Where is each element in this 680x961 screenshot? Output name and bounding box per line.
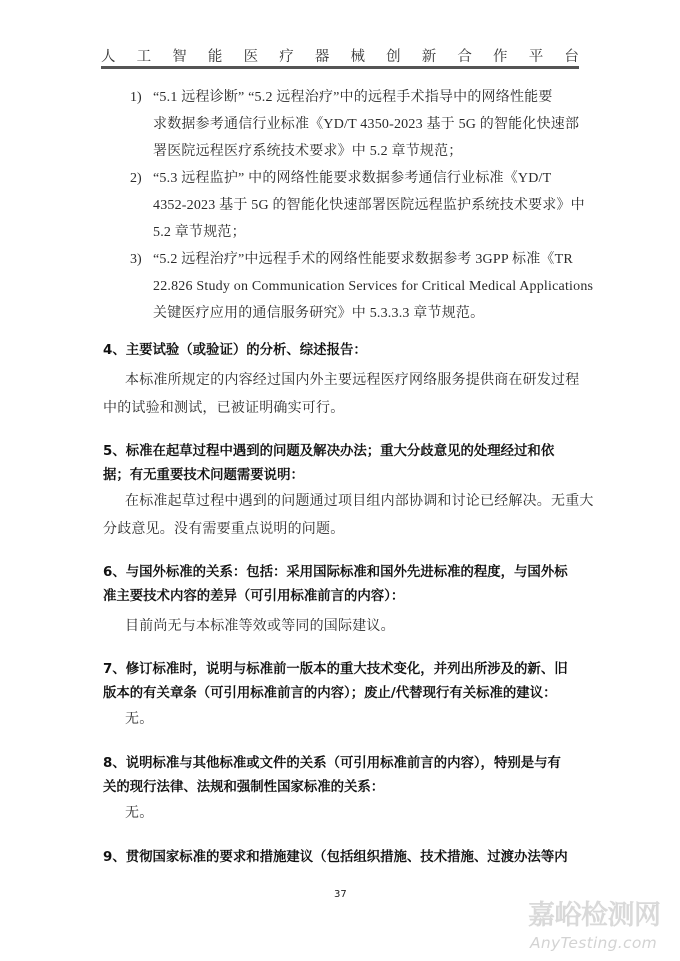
section-heading: 准主要技术内容的差异（可引用标准前言的内容）： [103,587,404,607]
header-char: 合 [457,48,472,66]
list-item-line: 22.826 Study on Communication Services f… [153,277,593,297]
header-char: 人 [101,48,116,66]
section-body: 本标准所规定的内容经过国内外主要远程医疗网络服务提供商在研发过程 [125,371,579,391]
list-item-line: “5.1 远程诊断” “5.2 远程治疗”中的远程手术指导中的网络性能要 [153,88,553,108]
list-item-number: 3) [130,250,142,270]
list-item-number: 2) [130,169,142,189]
header-char: 疗 [279,48,294,66]
running-header: 人 工 智 能 医 疗 器 械 创 新 合 作 平 台 [101,44,579,66]
list-item-line: “5.2 远程治疗”中远程手术的网络性能要求数据参考 3GPP 标准《TR [153,250,573,270]
section-body: 目前尚无与本标准等效或等同的国际建议。 [125,617,395,637]
header-char: 智 [172,48,187,66]
section-heading: 5、标准在起草过程中遇到的问题及解决办法；重大分歧意见的处理经过和依 [103,442,554,462]
header-divider [101,66,579,69]
section-body: 无。 [125,710,153,730]
header-char: 器 [315,48,330,66]
section-heading: 9、贯彻国家标准的要求和措施建议（包括组织措施、技术措施、过渡办法等内 [103,848,568,868]
list-item-line: 5.2 章节规范； [153,223,246,243]
list-item-line: “5.3 远程监护” 中的网络性能要求数据参考通信行业标准《YD/T [153,169,551,189]
section-heading: 版本的有关章条（可引用标准前言的内容）；废止/代替现行有关标准的建议： [103,684,556,704]
section-body: 分歧意见。没有需要重点说明的问题。 [103,520,344,540]
section-heading: 6、与国外标准的关系：包括：采用国际标准和国外先进标准的程度，与国外标 [103,563,568,583]
section-heading: 据；有无重要技术问题需要说明： [103,466,304,486]
section-body: 无。 [125,804,153,824]
header-char: 新 [422,48,437,66]
header-char: 创 [386,48,401,66]
page-number: 37 [334,889,347,900]
section-body: 中的试验和测试，已被证明确实可行。 [103,399,344,419]
header-char: 作 [493,48,508,66]
list-item-line: 4352-2023 基于 5G 的智能化快速部署医院远程监护系统技术要求》中 [153,196,585,216]
watermark-url-text: AnyTesting.com [530,934,657,952]
list-item-line: 署医院远程医疗系统技术要求》中 5.2 章节规范； [153,142,463,162]
section-heading: 4、主要试验（或验证）的分析、综述报告： [103,341,367,361]
section-heading: 8、说明标准与其他标准或文件的关系（可引用标准前言的内容），特别是与有 [103,754,561,774]
header-char: 械 [350,48,365,66]
section-heading: 7、修订标准时，说明与标准前一版本的重大技术变化，并列出所涉及的新、旧 [103,660,568,680]
header-char: 能 [208,48,223,66]
header-char: 工 [137,48,152,66]
list-item-number: 1) [130,88,142,108]
section-heading: 关的现行法律、法规和强制性国家标准的关系： [103,778,384,798]
section-body: 在标准起草过程中遇到的问题通过项目组内部协调和讨论已经解决。无重大 [125,492,594,512]
header-char: 医 [244,48,259,66]
list-item-line: 求数据参考通信行业标准《YD/T 4350-2023 基于 5G 的智能化快速部 [153,115,579,135]
header-char: 台 [564,48,579,66]
list-item-line: 关键医疗应用的通信服务研究》中 5.3.3.3 章节规范。 [153,304,484,324]
watermark-logo-text: 嘉峪检测网 [528,900,661,932]
header-char: 平 [529,48,544,66]
